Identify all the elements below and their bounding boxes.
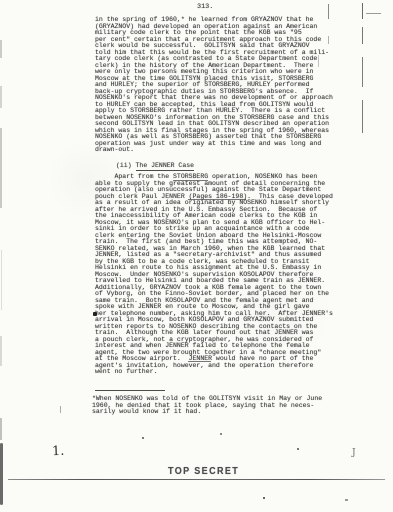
scan-speck <box>60 406 61 413</box>
scan-speck <box>345 499 348 501</box>
left-edge-artifact <box>0 86 2 108</box>
left-edge-artifact <box>0 443 3 505</box>
left-edge-artifact <box>0 128 2 208</box>
scan-speck <box>297 448 299 450</box>
scan-speck <box>93 312 97 316</box>
scan-dash-artifact <box>366 13 381 14</box>
section-heading-number: (ii) <box>116 162 132 169</box>
scan-speck <box>263 497 265 499</box>
classification-stamp: TOP SECRET <box>168 466 239 477</box>
section-heading-title: The JENNER Case <box>136 162 195 171</box>
left-edge-artifact <box>0 336 2 366</box>
scan-tick-artifact <box>328 36 329 44</box>
paragraph-jenner-case: Apart from the STORSBERG operation, NOSE… <box>95 174 347 376</box>
scan-line-artifact <box>362 3 363 19</box>
left-edge-artifact <box>0 40 2 58</box>
handwritten-mark: 1. <box>52 444 65 459</box>
scan-tick-artifact <box>328 4 329 19</box>
underline-mark-storsberg <box>173 180 208 181</box>
underline-mark-pages <box>188 199 246 200</box>
footnote-divider <box>95 390 165 391</box>
underline-mark-jenner <box>188 361 211 362</box>
scan-line-artifact <box>362 100 363 133</box>
scan-line-artifact <box>362 27 363 44</box>
scan-speck <box>220 433 222 435</box>
section-heading: (ii) The JENNER Case <box>116 163 194 170</box>
classification-rule <box>8 479 385 480</box>
left-edge-artifact <box>0 418 2 440</box>
left-edge-artifact <box>1 250 2 310</box>
document-page: 313. in the spring of 1960,* he learned … <box>0 0 393 512</box>
scan-line-artifact <box>362 57 363 87</box>
footnote-text: *When NOSENKO was told of the GOLITSYN v… <box>92 396 344 416</box>
scan-speck <box>142 437 144 439</box>
paragraph-storsberg-lead: in the spring of 1960,* he learned from … <box>95 17 347 154</box>
stray-mark: J <box>352 448 356 458</box>
scan-tick-artifact <box>318 55 319 67</box>
page-number: 313. <box>197 4 213 11</box>
